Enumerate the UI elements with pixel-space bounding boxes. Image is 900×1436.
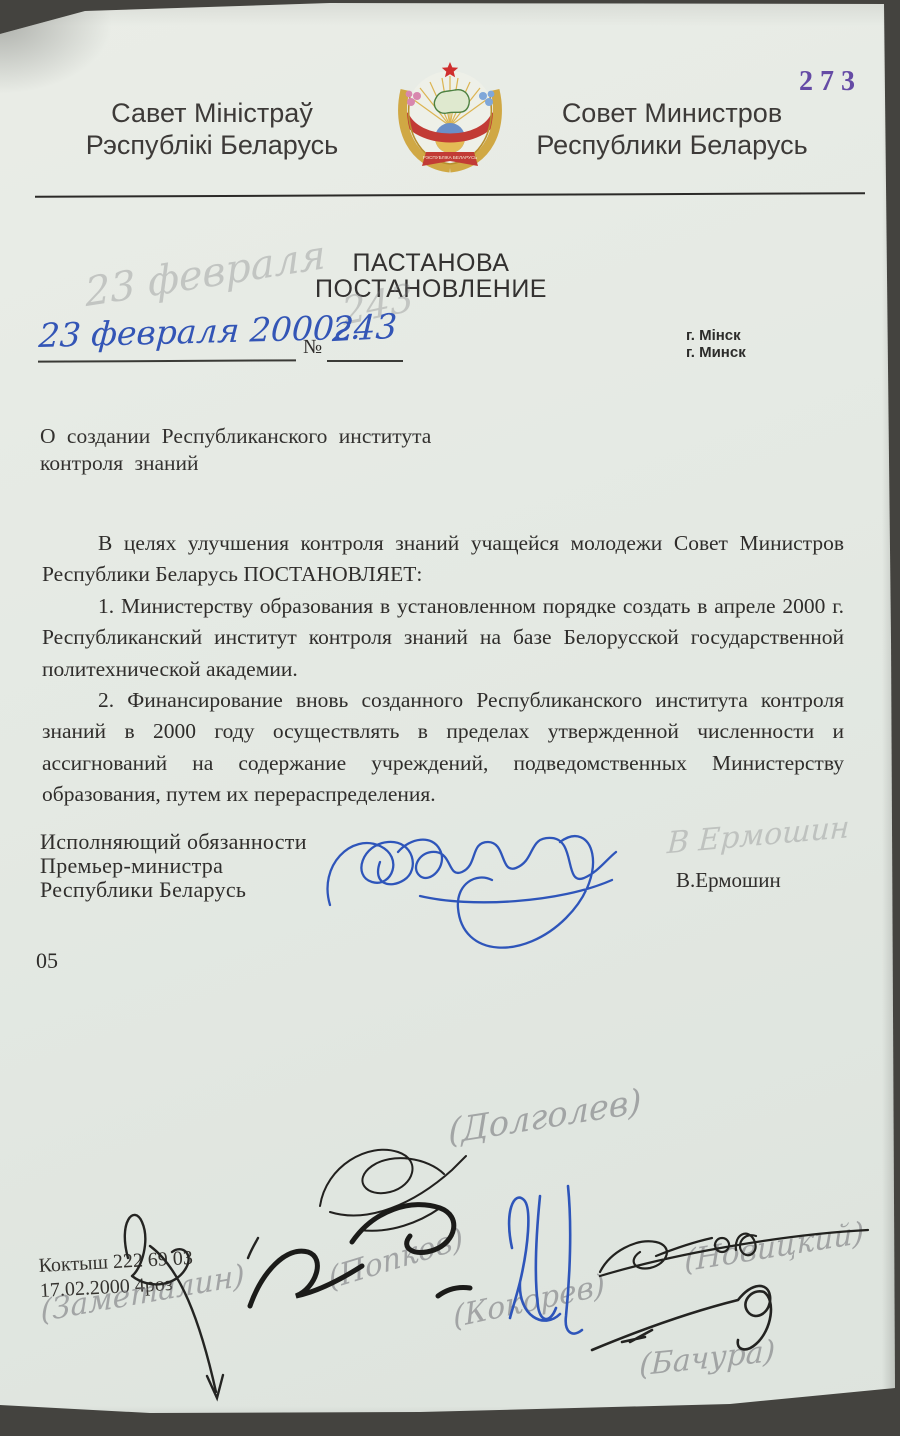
number-underline	[327, 360, 403, 362]
document-page: 273 Савет Міністраў Рэспублікі Беларусь	[0, 0, 900, 1436]
body-paragraph-1: 1. Министерству образования в установлен…	[42, 591, 844, 685]
org-name-ru-line2: Республики Беларусь	[512, 129, 832, 161]
signer-position-line1: Исполняющий обязанности	[40, 830, 307, 854]
emblem-graphic: РЭСПУБЛІКА БЕЛАРУСЬ	[390, 56, 510, 174]
document-body: В целях улучшения контроля знаний учащей…	[42, 528, 844, 811]
document-subject: О создании Республиканского института ко…	[40, 423, 431, 477]
pencil-ghost-date: 23 февраля	[84, 232, 327, 316]
annotation-novitsky: (Новицкий)	[684, 1216, 864, 1280]
place-belarusian: г. Мінск	[686, 327, 746, 344]
title-russian: ПОСТАНОВЛЕНИЕ	[280, 276, 582, 302]
number-sign: №	[303, 336, 322, 359]
annotation-dolgolev: (Долголев)	[448, 1081, 642, 1152]
date-underline	[38, 359, 296, 362]
place-block: г. Мінск г. Минск	[686, 327, 746, 361]
header-divider	[35, 192, 865, 198]
signer-name: В.Ермошин	[676, 868, 781, 893]
subject-line2: контроля знаний	[40, 450, 431, 477]
body-paragraph-2: 2. Финансирование вновь созданного Респу…	[42, 685, 844, 811]
pencil-ghost-signer-name: В Ермошин	[666, 810, 850, 861]
org-name-be-line1: Савет Міністраў	[52, 97, 372, 129]
subject-line1: О создании Республиканского института	[40, 423, 431, 450]
signer-position-line2: Премьер-министра	[40, 854, 307, 878]
page-number-stamp: 273	[799, 66, 862, 98]
annotation-bachura: (Бачура)	[639, 1334, 776, 1384]
org-name-russian: Совет Министров Республики Беларусь	[512, 97, 832, 161]
scanned-document: 273 Савет Міністраў Рэспублікі Беларусь	[0, 0, 900, 1436]
annotation-popkov: (Попков)	[326, 1221, 466, 1297]
index-number: 05	[36, 948, 58, 974]
emblem-ribbon-text: РЭСПУБЛІКА БЕЛАРУСЬ	[423, 155, 478, 160]
coat-of-arms-belarus: РЭСПУБЛІКА БЕЛАРУСЬ	[390, 56, 510, 174]
org-name-be-line2: Рэспублікі Беларусь	[52, 129, 372, 161]
handwritten-number: 243	[332, 307, 398, 351]
annotation-kokorev: (Кокорев)	[452, 1268, 606, 1336]
signer-position: Исполняющий обязанности Премьер-министра…	[40, 830, 307, 902]
org-name-ru-line1: Совет Министров	[512, 97, 832, 129]
signature-dolgolev	[320, 1150, 466, 1231]
signature-ermoshin	[328, 836, 616, 948]
org-name-belarusian: Савет Міністраў Рэспублікі Беларусь	[52, 97, 372, 161]
place-russian: г. Минск	[686, 344, 746, 361]
signer-position-line3: Республики Беларусь	[40, 878, 307, 902]
body-paragraph-intro: В целях улучшения контроля знаний учащей…	[42, 528, 844, 591]
